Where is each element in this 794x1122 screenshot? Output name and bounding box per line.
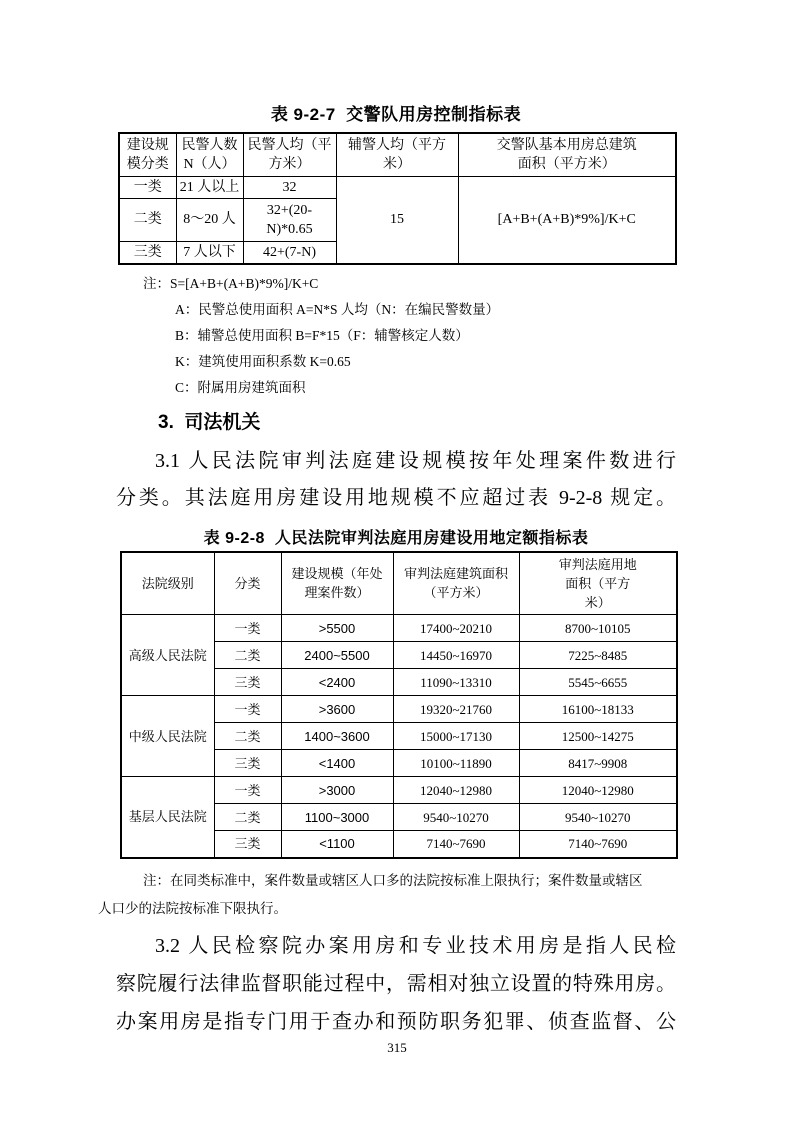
note-line: 注：在同类标准中，案件数量或辖区人口多的法院按标准上限执行；案件数量或辖区 <box>98 867 676 895</box>
paragraph-3-1: 3.1 人民法院审判法庭建设规模按年处理案件数进行 分类。其法庭用房建设用地规模… <box>116 443 676 517</box>
note-line-a: A：民警总使用面积 A=N*S 人均（N：在编民警数量） <box>175 297 676 323</box>
table-row: 一类 21 人以上 32 15 [A+B+(A+B)*9%]/K+C <box>119 176 676 198</box>
table-9-2-7-notes: 注：S=[A+B+(A+B)*9%]/K+C A：民警总使用面积 A=N*S 人… <box>143 271 676 401</box>
header-cell-classification: 分类 <box>214 552 281 615</box>
header-cell-scale-class: 建设规 模分类 <box>119 133 176 176</box>
cell-aux-per-capita: 15 <box>336 176 458 264</box>
cell-class-2: 二类 <box>119 198 176 241</box>
cell-class: 三类 <box>214 831 281 858</box>
cell-land-area: 7140~7690 <box>519 831 677 858</box>
cell-scale: >3000 <box>281 777 393 804</box>
note-line-k: K：建筑使用面积系数 K=0.65 <box>175 349 676 375</box>
cell-building-area: 11090~13310 <box>393 669 519 696</box>
cell-count-1: 21 人以上 <box>176 176 243 198</box>
page-content: 表 9-2-7 交警队用房控制指标表 建设规 模分类 民警人数 N（人） 民警人… <box>116 103 676 1041</box>
cell-land-area: 5545~6655 <box>519 669 677 696</box>
cell-class: 三类 <box>214 669 281 696</box>
header-cell-police-count: 民警人数 N（人） <box>176 133 243 176</box>
header-cell-police-per-capita: 民警人均（平 方米） <box>243 133 336 176</box>
cell-class: 一类 <box>214 696 281 723</box>
cell-land-area: 12500~14275 <box>519 723 677 750</box>
para-line: 察院履行法律监督职能过程中，需相对独立设置的特殊用房。 <box>116 965 676 1003</box>
cell-class: 三类 <box>214 750 281 777</box>
header-cell-building-area: 审判法庭建筑面积 （平方米） <box>393 552 519 615</box>
cell-court-high: 高级人民法院 <box>121 615 214 696</box>
cell-building-area: 9540~10270 <box>393 804 519 831</box>
cell-building-area: 10100~11890 <box>393 750 519 777</box>
cell-land-area: 8700~10105 <box>519 615 677 642</box>
cell-land-area: 12040~12980 <box>519 777 677 804</box>
para-line: 3.1 人民法院审判法庭建设规模按年处理案件数进行 <box>116 443 676 480</box>
note-line-s: 注：S=[A+B+(A+B)*9%]/K+C <box>143 271 676 297</box>
table-9-2-8-note: 注：在同类标准中，案件数量或辖区人口多的法院按标准上限执行；案件数量或辖区 人口… <box>98 867 676 923</box>
cell-class: 一类 <box>214 615 281 642</box>
para-line: 办案用房是指专门用于查办和预防职务犯罪、侦查监督、公 <box>116 1003 676 1041</box>
cell-class: 二类 <box>214 804 281 831</box>
cell-scale: 1100~3000 <box>281 804 393 831</box>
note-line: 人口少的法院按标准下限执行。 <box>98 895 676 923</box>
table-9-2-7: 建设规 模分类 民警人数 N（人） 民警人均（平 方米） 辅警人均（平方米） 交… <box>118 132 677 265</box>
cell-class-3: 三类 <box>119 241 176 264</box>
cell-percap-3: 42+(7-N) <box>243 241 336 264</box>
table-row: 建设规 模分类 民警人数 N（人） 民警人均（平 方米） 辅警人均（平方米） 交… <box>119 133 676 176</box>
cell-land-area: 7225~8485 <box>519 642 677 669</box>
cell-count-3: 7 人以下 <box>176 241 243 264</box>
cell-court-basic: 基层人民法院 <box>121 777 214 858</box>
header-cell-land-area: 审判法庭用地 面积（平方 米） <box>519 552 677 615</box>
para-line: 分类。其法庭用房建设用地规模不应超过表 9-2-8 规定。 <box>116 480 676 517</box>
cell-court-intermediate: 中级人民法院 <box>121 696 214 777</box>
cell-scale: >3600 <box>281 696 393 723</box>
cell-building-area: 17400~20210 <box>393 615 519 642</box>
cell-building-area: 12040~12980 <box>393 777 519 804</box>
table-row: 高级人民法院 一类 >5500 17400~20210 8700~10105 <box>121 615 677 642</box>
cell-class: 一类 <box>214 777 281 804</box>
cell-class-1: 一类 <box>119 176 176 198</box>
cell-building-area: 19320~21760 <box>393 696 519 723</box>
header-cell-construction-scale: 建设规模（年处 理案件数） <box>281 552 393 615</box>
cell-scale: 2400~5500 <box>281 642 393 669</box>
cell-count-2: 8～20 人 <box>176 198 243 241</box>
cell-land-area: 9540~10270 <box>519 804 677 831</box>
cell-scale: >5500 <box>281 615 393 642</box>
cell-land-area: 16100~18133 <box>519 696 677 723</box>
paragraph-3-2: 3.2 人民检察院办案用房和专业技术用房是指人民检 察院履行法律监督职能过程中，… <box>116 927 676 1041</box>
table-row: 法院级别 分类 建设规模（年处 理案件数） 审判法庭建筑面积 （平方米） 审判法… <box>121 552 677 615</box>
cell-class: 二类 <box>214 723 281 750</box>
cell-total-formula: [A+B+(A+B)*9%]/K+C <box>458 176 676 264</box>
note-line-b: B：辅警总使用面积 B=F*15（F：辅警核定人数） <box>175 323 676 349</box>
cell-building-area: 15000~17130 <box>393 723 519 750</box>
header-cell-aux-per-capita: 辅警人均（平方米） <box>336 133 458 176</box>
table-9-2-7-caption: 表 9-2-7 交警队用房控制指标表 <box>116 103 676 126</box>
header-cell-court-level: 法院级别 <box>121 552 214 615</box>
header-cell-total-area: 交警队基本用房总建筑 面积（平方米） <box>458 133 676 176</box>
cell-percap-1: 32 <box>243 176 336 198</box>
cell-class: 二类 <box>214 642 281 669</box>
cell-building-area: 7140~7690 <box>393 831 519 858</box>
cell-scale: <2400 <box>281 669 393 696</box>
document-page: 表 9-2-7 交警队用房控制指标表 建设规 模分类 民警人数 N（人） 民警人… <box>0 0 794 1122</box>
cell-scale: <1400 <box>281 750 393 777</box>
para-line: 3.2 人民检察院办案用房和专业技术用房是指人民检 <box>116 927 676 965</box>
note-line-c: C：附属用房建筑面积 <box>175 375 676 401</box>
table-row: 基层人民法院 一类 >3000 12040~12980 12040~12980 <box>121 777 677 804</box>
cell-land-area: 8417~9908 <box>519 750 677 777</box>
table-9-2-8-caption: 表 9-2-8 人民法院审判法庭用房建设用地定额指标表 <box>116 528 676 549</box>
table-9-2-8: 法院级别 分类 建设规模（年处 理案件数） 审判法庭建筑面积 （平方米） 审判法… <box>120 551 678 859</box>
section-heading-judicial-organs: 3. 司法机关 <box>116 411 676 435</box>
page-number: 315 <box>0 1040 794 1056</box>
cell-scale: <1100 <box>281 831 393 858</box>
cell-scale: 1400~3600 <box>281 723 393 750</box>
cell-percap-2: 32+(20- N)*0.65 <box>243 198 336 241</box>
table-row: 中级人民法院 一类 >3600 19320~21760 16100~18133 <box>121 696 677 723</box>
cell-building-area: 14450~16970 <box>393 642 519 669</box>
